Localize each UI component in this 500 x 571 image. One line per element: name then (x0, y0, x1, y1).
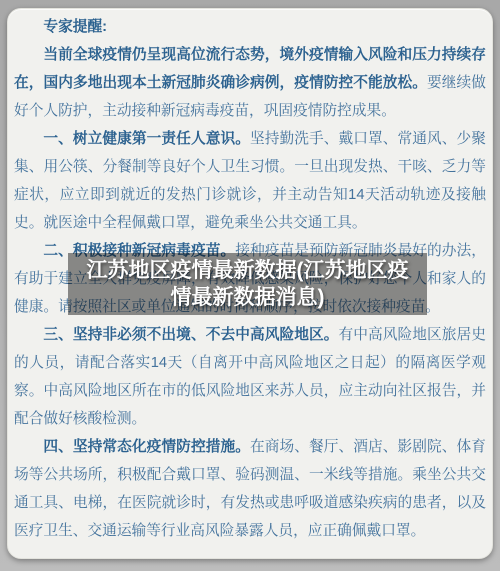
page-background: 专家提醒: 当前全球疫情仍呈现高位流行态势，境外疫情输入风险和压力持续存在，国内… (0, 0, 500, 571)
intro-paragraph: 当前全球疫情仍呈现高位流行态势，境外疫情输入风险和压力持续存在，国内多地出现本土… (14, 41, 486, 125)
section-1-lead: 一、树立健康第一责任人意识。 (43, 131, 250, 147)
watermark-title-line-2: 情最新数据消息) (171, 284, 325, 311)
section-4-paragraph: 四、坚持常态化疫情防控措施。在商场、餐厅、酒店、影剧院、体育场等公共场所，积极配… (14, 433, 486, 545)
intro-paragraph-lead: 当前全球疫情仍呈现高位流行态势，境外疫情输入风险和压力持续存在，国内多地出现本土… (14, 47, 486, 91)
watermark-overlay: 江苏地区疫情最新数据(江苏地区疫 情最新数据消息) (68, 253, 427, 315)
section-3-lead: 三、坚持非必须不出境、不去中高风险地区。 (43, 327, 338, 343)
section-3-paragraph: 三、坚持非必须不出境、不去中高风险地区。有中高风险地区旅居史的人员，请配合落实1… (14, 321, 486, 433)
watermark-title-line-1: 江苏地区疫情最新数据(江苏地区疫 (87, 257, 409, 284)
notice-heading-text: 专家提醒: (43, 19, 107, 35)
section-1-paragraph: 一、树立健康第一责任人意识。坚持勤洗手、戴口罩、常通风、少聚集、用公筷、分餐制等… (14, 125, 486, 237)
notice-heading: 专家提醒: (14, 13, 486, 41)
section-4-lead: 四、坚持常态化疫情防控措施。 (43, 439, 250, 455)
